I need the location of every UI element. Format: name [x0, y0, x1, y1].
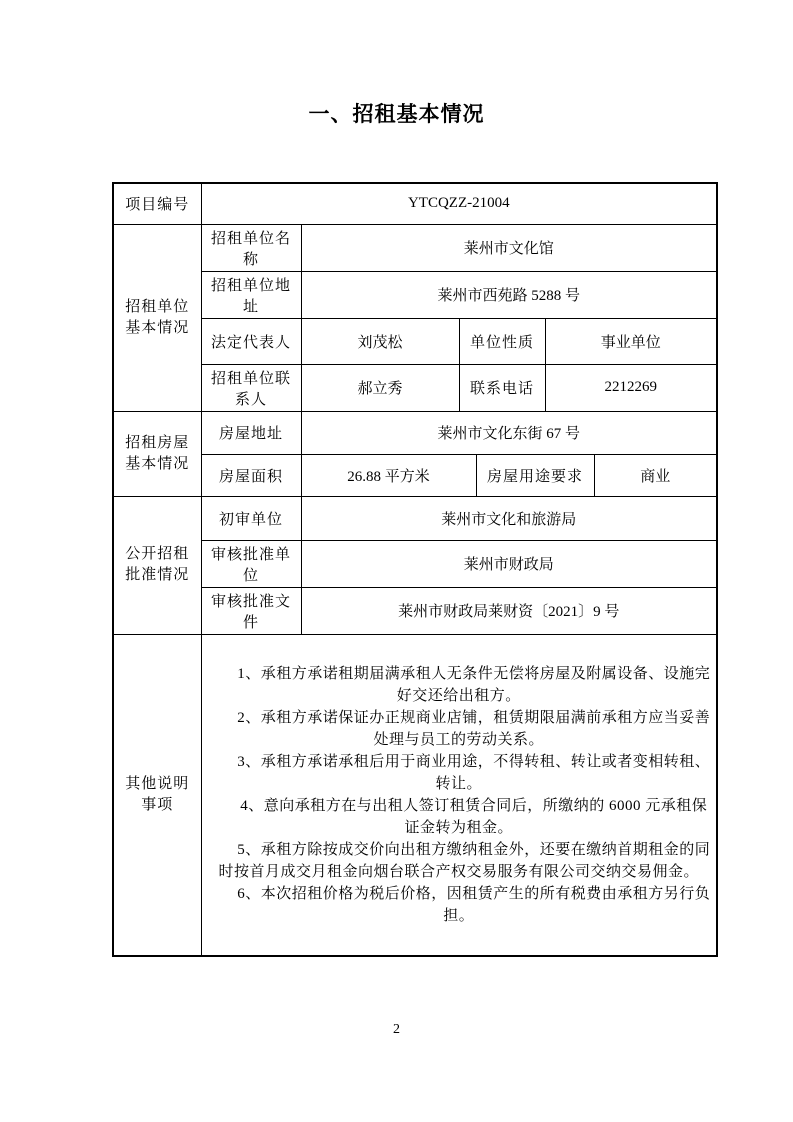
note-item-1: 1、承租方承诺租期届满承租人无条件无偿将房屋及附属设备、设施完好交还给出租方。: [206, 663, 713, 707]
house-address-row: 招租房屋 基本情况 房屋地址 莱州市文化东街 67 号: [113, 411, 717, 454]
unit-type-value: 事业单位: [545, 318, 717, 364]
house-section-label: 招租房屋 基本情况: [113, 411, 201, 496]
page-number: 2: [0, 1022, 793, 1038]
document-page: 一、招租基本情况 项目编号 YTCQZZ-21004 招租单位 基本情况 招租单…: [0, 0, 793, 1122]
contact-phone-label: 联系电话: [459, 364, 545, 411]
unit-contact-value: 郝立秀: [301, 364, 459, 411]
unit-type-label: 单位性质: [459, 318, 545, 364]
page-title: 一、招租基本情况: [0, 100, 793, 128]
house-address-label: 房屋地址: [201, 411, 301, 454]
contact-phone-value: 2212269: [545, 364, 717, 411]
unit-address-label: 招租单位地址: [201, 271, 301, 318]
unit-name-value: 莱州市文化馆: [301, 224, 717, 271]
unit-contact-row: 招租单位联系人 郝立秀 联系电话 2212269: [113, 364, 717, 411]
approval-document-label: 审核批准文件: [201, 587, 301, 634]
approver-value: 莱州市财政局: [301, 540, 717, 587]
approval-document-row: 审核批准文件 莱州市财政局莱财资〔2021〕9 号: [113, 587, 717, 634]
legal-rep-value: 刘茂松: [301, 318, 459, 364]
house-usage-value: 商业: [594, 454, 717, 496]
note-item-4: 4、意向承租方在与出租人签订租赁合同后，所缴纳的 6000 元承租保证金转为租金…: [206, 795, 713, 839]
unit-address-row: 招租单位地址 莱州市西苑路 5288 号: [113, 271, 717, 318]
other-notes-label: 其他说明 事项: [113, 634, 201, 956]
house-usage-label: 房屋用途要求: [476, 454, 594, 496]
note-item-5: 5、承租方除按成交价向出租方缴纳租金外，还要在缴纳首期租金的同时按首月成交月租金…: [206, 839, 713, 883]
approver-row: 审核批准单位 莱州市财政局: [113, 540, 717, 587]
other-notes-row: 其他说明 事项 1、承租方承诺租期届满承租人无条件无偿将房屋及附属设备、设施完好…: [113, 634, 717, 956]
house-area-value: 26.88 平方米: [301, 454, 476, 496]
house-area-row: 房屋面积 26.88 平方米 房屋用途要求 商业: [113, 454, 717, 496]
house-address-value: 莱州市文化东街 67 号: [301, 411, 717, 454]
legal-rep-row: 法定代表人 刘茂松 单位性质 事业单位: [113, 318, 717, 364]
initial-review-value: 莱州市文化和旅游局: [301, 496, 717, 540]
note-item-6: 6、本次招租价格为税后价格，因租赁产生的所有税费由承租方另行负担。: [206, 883, 713, 927]
project-number-value: YTCQZZ-21004: [201, 183, 717, 224]
initial-review-row: 公开招租 批准情况 初审单位 莱州市文化和旅游局: [113, 496, 717, 540]
other-notes-content: 1、承租方承诺租期届满承租人无条件无偿将房屋及附属设备、设施完好交还给出租方。 …: [201, 634, 717, 956]
approval-document-value: 莱州市财政局莱财资〔2021〕9 号: [301, 587, 717, 634]
approval-section-label: 公开招租 批准情况: [113, 496, 201, 634]
unit-contact-label: 招租单位联系人: [201, 364, 301, 411]
unit-name-row: 招租单位 基本情况 招租单位名称 莱州市文化馆: [113, 224, 717, 271]
unit-name-label: 招租单位名称: [201, 224, 301, 271]
initial-review-label: 初审单位: [201, 496, 301, 540]
project-number-row: 项目编号 YTCQZZ-21004: [113, 183, 717, 224]
unit-address-value: 莱州市西苑路 5288 号: [301, 271, 717, 318]
rental-info-table: 项目编号 YTCQZZ-21004 招租单位 基本情况 招租单位名称 莱州市文化…: [112, 182, 718, 957]
note-item-3: 3、承租方承诺承租后用于商业用途，不得转租、转让或者变相转租、转让。: [206, 751, 713, 795]
approver-label: 审核批准单位: [201, 540, 301, 587]
unit-section-label: 招租单位 基本情况: [113, 224, 201, 411]
note-item-2: 2、承租方承诺保证办正规商业店铺，租赁期限届满前承租方应当妥善处理与员工的劳动关…: [206, 707, 713, 751]
project-number-label: 项目编号: [113, 183, 201, 224]
house-area-label: 房屋面积: [201, 454, 301, 496]
legal-rep-label: 法定代表人: [201, 318, 301, 364]
